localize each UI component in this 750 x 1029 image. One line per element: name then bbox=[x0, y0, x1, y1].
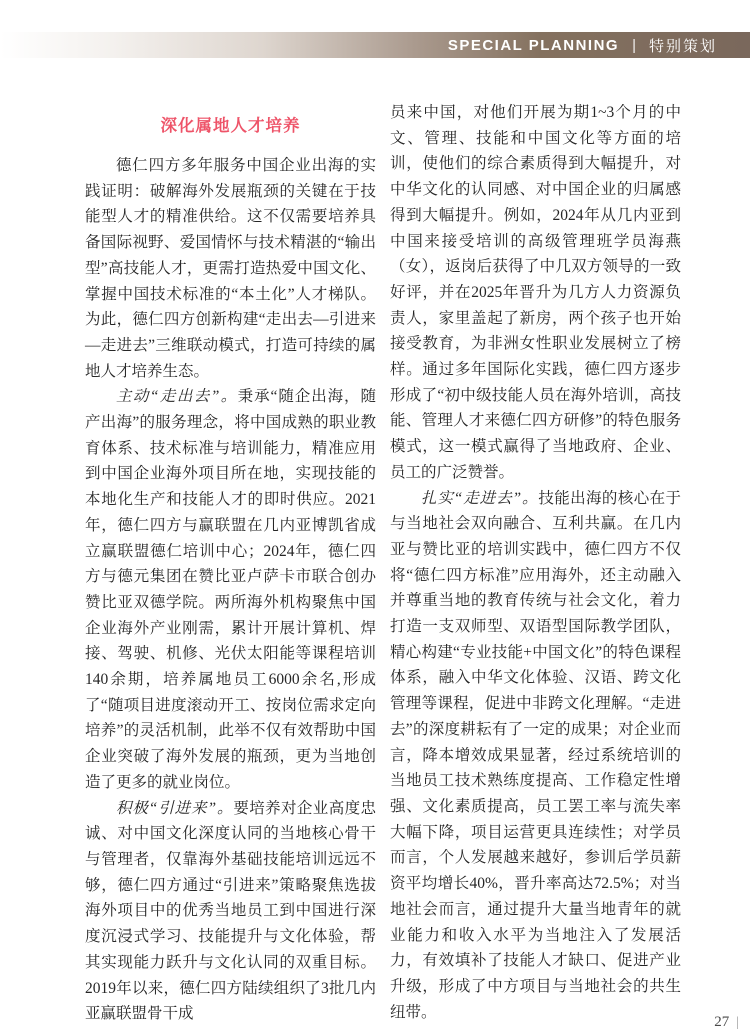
body-paragraph: 德仁四方多年服务中国企业出海的实践证明：破解海外发展瓶颈的关键在于技能型人才的精… bbox=[85, 153, 376, 384]
header-divider-bar: | bbox=[632, 37, 636, 54]
section-title: 深化属地人才培养 bbox=[85, 113, 376, 139]
page-number: 27 | bbox=[714, 1014, 739, 1029]
article-body: 深化属地人才培养 德仁四方多年服务中国企业出海的实践证明：破解海外发展瓶颈的关键… bbox=[85, 100, 681, 1027]
left-column: 深化属地人才培养 德仁四方多年服务中国企业出海的实践证明：破解海外发展瓶颈的关键… bbox=[85, 100, 376, 1027]
header-title-en: SPECIAL PLANNING bbox=[448, 37, 619, 54]
body-paragraph: 扎实“走进去”。技能出海的核心在于与当地社会双向融合、互利共赢。在几内亚与赞比亚… bbox=[390, 486, 681, 1026]
paragraph-lead: 积极“引进来”。 bbox=[116, 800, 233, 817]
header-title-zh: 特别策划 bbox=[649, 35, 717, 56]
paragraph-lead: 主动“走出去”。 bbox=[116, 388, 238, 405]
right-column: 员来中国，对他们开展为期1~3个月的中文、管理、技能和中国文化等方面的培训，使他… bbox=[390, 100, 681, 1027]
body-paragraph: 积极“引进来”。要培养对企业高度忠诚、对中国文化深度认同的当地核心骨干与管理者，… bbox=[85, 796, 376, 1027]
page-number-value: 27 bbox=[714, 1014, 729, 1029]
body-paragraph: 员来中国，对他们开展为期1~3个月的中文、管理、技能和中国文化等方面的培训，使他… bbox=[390, 100, 681, 486]
magazine-page: SPECIAL PLANNING | 特别策划 深化属地人才培养 德仁四方多年服… bbox=[0, 0, 750, 1029]
paragraph-lead: 扎实“走进去”。 bbox=[421, 490, 538, 507]
page-header-band: SPECIAL PLANNING | 特别策划 bbox=[0, 32, 750, 58]
page-number-divider: | bbox=[736, 1015, 739, 1029]
body-paragraph: 主动“走出去”。秉承“随企出海，随产出海”的服务理念，将中国成熟的职业教育体系、… bbox=[85, 384, 376, 795]
